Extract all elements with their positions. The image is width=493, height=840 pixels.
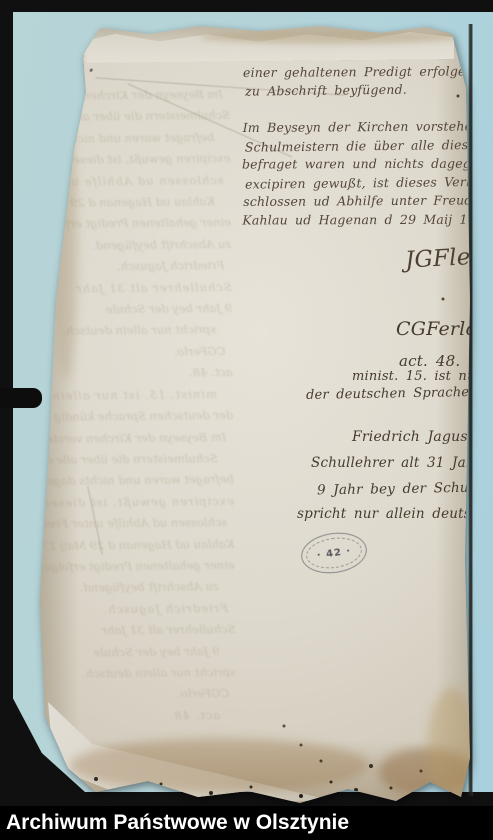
annotation-teacher-line: 9 Jahr bey der Schule [317,480,482,499]
annotation-teacher-name: Friedrich Jagusch. [352,429,490,445]
folio-number: 6. [68,48,97,81]
annotation-age: act. 48. [399,352,460,370]
manuscript-page: Im Beyseyn der Kirchen vorstehern udSchu… [0,0,493,840]
manuscript-line: excipiren gewußt, ist dieses Verlaß ge- [245,172,493,194]
manuscript-line: befraget waren und nichts dagegen zu [242,154,493,174]
manuscript-line: zu Abschrift beyfügend. [245,79,493,100]
paragraph-protocol: Im Beyseyn der Kirchen vorstehern ud Sch… [243,117,493,230]
stain [52,120,78,380]
annotation-note-line: minist. 15. ist nur allein [352,369,493,384]
manuscript-line: schlossen ud Abhilfe unter Freuden [243,191,493,212]
caption-bar: Archiwum Państwowe w Olsztynie [0,806,493,840]
paragraph-closing: einer gehaltenen Predigt erfolgen hiemit… [243,62,493,99]
signature-fleischer: JGFleischer [404,240,493,273]
ink-specks [0,0,2,2]
manuscript-line: einer gehaltenen Predigt erfolgen hiemit [243,62,493,81]
ink-blot [31,264,40,275]
archive-oval-stamp: · 42 · [299,529,370,578]
stamp-number: · 42 · [316,545,352,561]
archive-name-label: Archiwum Państwowe w Olsztynie [6,806,349,839]
annotation-teacher-line: Schullehrer alt 31 Jahr [311,455,481,471]
manuscript-line: Im Beyseyn der Kirchen vorstehern ud [243,117,493,138]
annotation-note-line: der deutschen Sprache kündig [306,384,493,403]
verso-ink-bleedthrough: Im Beyseyn der Kirchen vorstehern udSchu… [15,84,237,731]
stain [70,738,370,793]
annotation-teacher-line: spricht nur allein deutsch. [297,506,492,522]
paper-sheet-wrapper: Im Beyseyn der Kirchen vorstehern udSchu… [0,0,493,840]
stain [428,688,476,800]
annotation-name: CGFerlo. [396,318,483,340]
manuscript-line: Schulmeistern die über alle diese Puncte… [245,135,493,157]
stain [200,30,460,44]
archival-document-scan: Im Beyseyn der Kirchen vorstehern udSchu… [0,0,493,840]
manuscript-line: Kahlau ud Hagenan d 29 Maij 1792. [242,210,493,230]
